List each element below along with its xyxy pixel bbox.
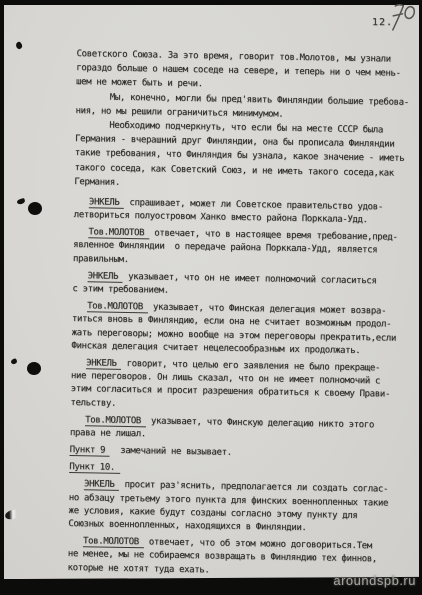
paragraph-point-10: Пункт 10. <box>69 461 411 480</box>
speaker-name: Тов.МОЛОТОВ <box>88 228 149 240</box>
ink-blot-mid-2 <box>27 362 41 375</box>
speaker-name: ЭНКЕЛЬ <box>88 271 124 283</box>
text-line: Пункт 10. <box>69 461 411 480</box>
handwritten-mark-70 <box>390 2 418 36</box>
text-line: Пункт 9 замечаний не вызывает. <box>69 444 411 463</box>
paragraph-enckell-says: ЭНКЕЛЬ говорит, что целью его заявления … <box>70 357 413 416</box>
watermark-text: aroundspb.ru <box>333 573 416 588</box>
paragraph-enckell-asks: ЭНКЕЛЬ спрашивает, может ли Советское пр… <box>74 196 416 228</box>
point-label: Пункт 10. <box>69 462 120 474</box>
speaker-name: Тов.МОЛОТОВ <box>87 301 148 313</box>
speech-text: указывает, что Финскую делегацию никто э… <box>146 416 374 430</box>
speaker-name: ЭНКЕЛЬ <box>89 197 125 209</box>
speaker-name: Тов.МОЛОТОВ <box>83 536 144 548</box>
speaker-name: ЭНКЕЛЬ <box>86 358 122 370</box>
speaker-name: Тов.МОЛОТОВ <box>85 415 146 427</box>
scanned-document: 12. Советского Союза. За это время, гово… <box>0 0 422 595</box>
document-body: Советского Союза. За это время, говорит … <box>67 47 418 581</box>
speaker-name: ЭНКЕЛЬ <box>84 480 120 492</box>
scan-edge-left <box>0 0 4 595</box>
point-text: замечаний не вызывает. <box>110 446 232 458</box>
paragraph-molotov-points-2: Тов.МОЛОТОВ указывает, что Финскую делег… <box>70 414 412 446</box>
paragraph-enckell-requests: ЭНКЕЛЬ просит раз'яснить, предполагается… <box>68 478 411 537</box>
paragraph-molotov-points-1: Тов.МОЛОТОВ указывает, что Финская делег… <box>71 300 414 359</box>
scan-edge-top <box>0 0 422 5</box>
paragraph-point-9: Пункт 9 замечаний не вызывает. <box>69 444 411 463</box>
ink-blot-mid-1 <box>28 202 42 215</box>
paragraph-continuation: Советского Союза. За это время, говорит … <box>76 47 419 96</box>
point-label: Пункт 9 <box>69 445 110 457</box>
paragraph-germany: Необходимо подчеркнуть, что если бы на м… <box>74 118 417 195</box>
paragraph-molotov-answers-1: Тов.МОЛОТОВ отвечает, что в настоящее вр… <box>73 226 416 272</box>
paragraph-enckell-points-1: ЭНКЕЛЬ указывает, что он не имеет полном… <box>72 270 414 302</box>
